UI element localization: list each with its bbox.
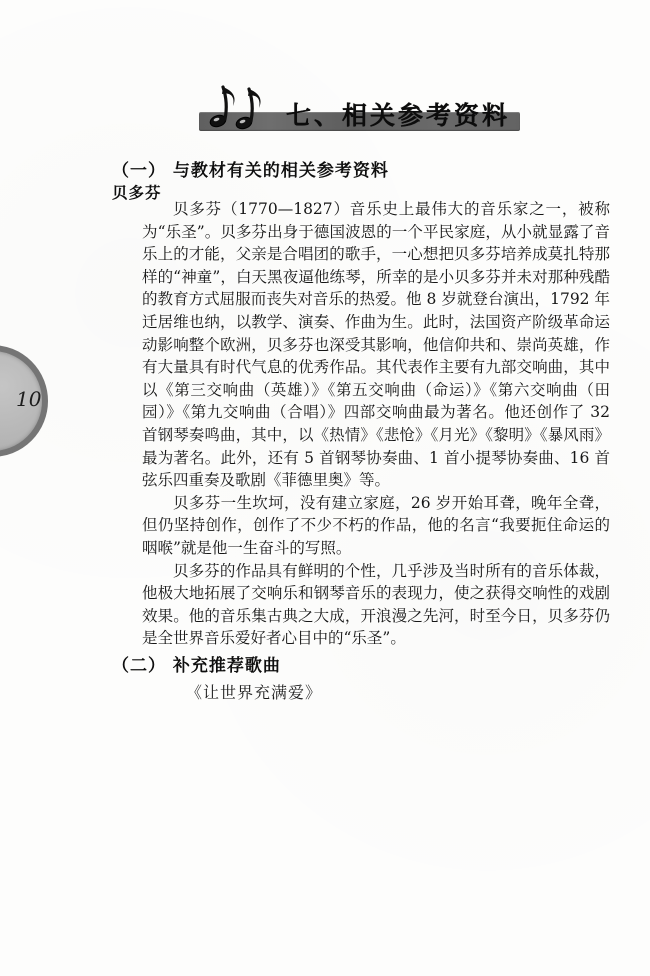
page-title: 七、相关参考资料 xyxy=(286,96,510,132)
beethoven-article: 贝多芬（1770—1827）音乐史上最伟大的音乐家之一，被称为“乐圣”。贝多芬出… xyxy=(142,198,610,650)
page-number-circle: 10 xyxy=(0,345,48,457)
recommended-song-title: 《让世界充满爱》 xyxy=(186,680,322,703)
section-2-heading: （二） 补充推荐歌曲 xyxy=(112,651,281,676)
paragraph-3: 贝多芬的作品具有鲜明的个性，几乎涉及当时所有的音乐体裁，他极大地拓展了交响乐和钢… xyxy=(142,560,610,650)
scanned-book-page: 七、相关参考资料 （一） 与教材有关的相关参考资料 贝多芬 贝多芬（1770—1… xyxy=(0,0,650,976)
section-1-heading: （一） 与教材有关的相关参考资料 xyxy=(112,156,389,181)
page-number: 10 xyxy=(16,387,41,411)
paragraph-2: 贝多芬一生坎坷，没有建立家庭，26 岁开始耳聋，晚年全聋，但仍坚持创作，创作了不… xyxy=(142,492,610,560)
paragraph-1: 贝多芬（1770—1827）音乐史上最伟大的音乐家之一，被称为“乐圣”。贝多芬出… xyxy=(142,198,610,492)
music-notes-icon xyxy=(206,82,268,130)
